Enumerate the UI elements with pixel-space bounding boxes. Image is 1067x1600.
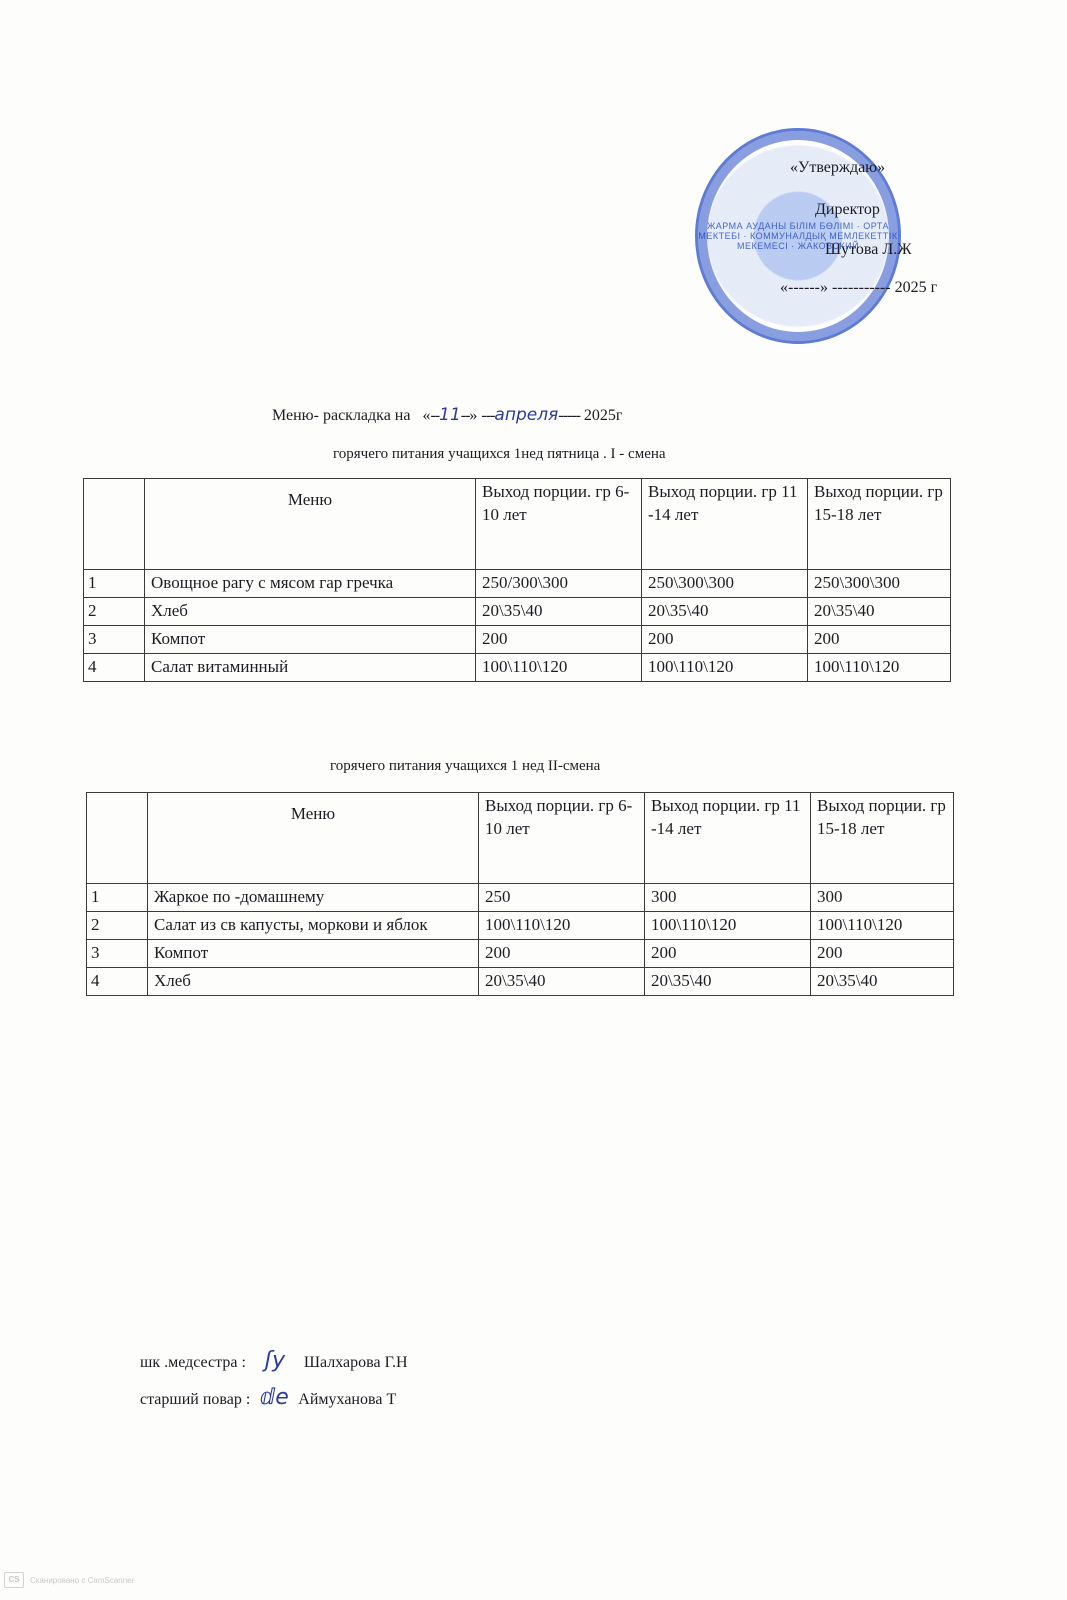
portion-11-14: 100\110\120 bbox=[645, 911, 811, 939]
handwritten-signature-icon: ʃy bbox=[250, 1348, 300, 1373]
dish-name: Салат витаминный bbox=[145, 653, 476, 681]
title-year: 2025г bbox=[584, 407, 623, 424]
signature-role: шк .медсестра : bbox=[140, 1354, 246, 1371]
dish-name: Салат из св капусты, моркови и яблок bbox=[148, 911, 479, 939]
row-number: 4 bbox=[87, 967, 148, 995]
column-header: Меню bbox=[145, 479, 476, 570]
signature-name: Аймуханова Т bbox=[298, 1391, 396, 1408]
signature-role: старший повар : bbox=[140, 1391, 250, 1408]
approver-position: Директор bbox=[815, 202, 880, 218]
camscanner-logo-icon: CS bbox=[4, 1572, 24, 1588]
portion-15-18: 200 bbox=[808, 625, 951, 653]
watermark-text: Сканировано с CamScanner bbox=[30, 1576, 134, 1585]
portion-15-18: 100\110\120 bbox=[808, 653, 951, 681]
title-prefix: Меню- раскладка на bbox=[272, 407, 410, 424]
dish-name: Компот bbox=[145, 625, 476, 653]
portion-15-18: 100\110\120 bbox=[811, 911, 954, 939]
portion-11-14: 20\35\40 bbox=[645, 967, 811, 995]
table-row: 4Хлеб20\35\4020\35\4020\35\40 bbox=[87, 967, 954, 995]
portion-11-14: 20\35\40 bbox=[642, 597, 808, 625]
row-number: 4 bbox=[84, 653, 145, 681]
table-row: 2Хлеб20\35\4020\35\4020\35\40 bbox=[84, 597, 951, 625]
dish-name: Овощное рагу с мясом гар гречка bbox=[145, 570, 476, 598]
portion-6-10: 20\35\40 bbox=[479, 967, 645, 995]
table-row: 1Овощное рагу с мясом гар гречка250/300\… bbox=[84, 570, 951, 598]
column-header bbox=[87, 793, 148, 884]
signature-name: Шалхарова Г.Н bbox=[304, 1354, 408, 1371]
menu-table-shift-2: МенюВыход порции. гр 6-10 летВыход порци… bbox=[86, 792, 954, 996]
menu-table-shift-1: МенюВыход порции. гр 6-10 летВыход порци… bbox=[83, 478, 951, 682]
handwritten-day: 11 bbox=[439, 405, 461, 425]
table-row: 1Жаркое по -домашнему250300300 bbox=[87, 884, 954, 912]
table-header-row: МенюВыход порции. гр 6-10 летВыход порци… bbox=[84, 479, 951, 570]
row-number: 3 bbox=[84, 625, 145, 653]
column-header bbox=[84, 479, 145, 570]
portion-6-10: 20\35\40 bbox=[476, 597, 642, 625]
handwritten-month: апреля bbox=[494, 405, 558, 425]
column-header: Выход порции. гр 11 -14 лет bbox=[642, 479, 808, 570]
portion-6-10: 250 bbox=[479, 884, 645, 912]
table-row: 3Компот200200200 bbox=[84, 625, 951, 653]
row-number: 2 bbox=[84, 597, 145, 625]
table-2-subtitle: горячего питания учащихся 1 нед II-смена bbox=[330, 758, 600, 775]
dish-name: Хлеб bbox=[145, 597, 476, 625]
row-number: 3 bbox=[87, 939, 148, 967]
portion-6-10: 200 bbox=[479, 939, 645, 967]
table-row: 4Салат витаминный100\110\120100\110\1201… bbox=[84, 653, 951, 681]
handwritten-signature-icon: ⅆe bbox=[254, 1385, 294, 1410]
column-header: Меню bbox=[148, 793, 479, 884]
column-header: Выход порции. гр 15-18 лет bbox=[811, 793, 954, 884]
day-close: » bbox=[469, 407, 477, 424]
portion-6-10: 100\110\120 bbox=[476, 653, 642, 681]
portion-15-18: 20\35\40 bbox=[808, 597, 951, 625]
scanner-watermark: CS Сканировано с CamScanner bbox=[4, 1572, 134, 1588]
portion-6-10: 200 bbox=[476, 625, 642, 653]
portion-6-10: 250/300\300 bbox=[476, 570, 642, 598]
portion-11-14: 300 bbox=[645, 884, 811, 912]
table-row: 2Салат из св капусты, моркови и яблок100… bbox=[87, 911, 954, 939]
table-row: 3Компот200200200 bbox=[87, 939, 954, 967]
portion-6-10: 100\110\120 bbox=[479, 911, 645, 939]
approver-name: Шутова Л.Ж bbox=[825, 242, 912, 258]
approve-label: «Утверждаю» bbox=[790, 160, 885, 176]
dish-name: Хлеб bbox=[148, 967, 479, 995]
signature-cook: старший повар : ⅆe Аймуханова Т bbox=[140, 1385, 396, 1410]
portion-11-14: 100\110\120 bbox=[642, 653, 808, 681]
page-title: Меню- раскладка на «--11--» ---апреля---… bbox=[272, 405, 622, 425]
portion-15-18: 20\35\40 bbox=[811, 967, 954, 995]
approval-date: «------» ----------- 2025 г bbox=[780, 280, 937, 296]
column-header: Выход порции. гр 15-18 лет bbox=[808, 479, 951, 570]
column-header: Выход порции. гр 6-10 лет bbox=[479, 793, 645, 884]
portion-11-14: 200 bbox=[642, 625, 808, 653]
portion-15-18: 300 bbox=[811, 884, 954, 912]
row-number: 1 bbox=[84, 570, 145, 598]
column-header: Выход порции. гр 6-10 лет bbox=[476, 479, 642, 570]
portion-15-18: 250\300\300 bbox=[808, 570, 951, 598]
row-number: 1 bbox=[87, 884, 148, 912]
table-1-subtitle: горячего питания учащихся 1нед пятница .… bbox=[333, 446, 666, 463]
dish-name: Жаркое по -домашнему bbox=[148, 884, 479, 912]
row-number: 2 bbox=[87, 911, 148, 939]
dish-name: Компот bbox=[148, 939, 479, 967]
portion-15-18: 200 bbox=[811, 939, 954, 967]
column-header: Выход порции. гр 11 -14 лет bbox=[645, 793, 811, 884]
table-header-row: МенюВыход порции. гр 6-10 летВыход порци… bbox=[87, 793, 954, 884]
portion-11-14: 250\300\300 bbox=[642, 570, 808, 598]
signature-nurse: шк .медсестра : ʃy Шалхарова Г.Н bbox=[140, 1348, 408, 1373]
portion-11-14: 200 bbox=[645, 939, 811, 967]
